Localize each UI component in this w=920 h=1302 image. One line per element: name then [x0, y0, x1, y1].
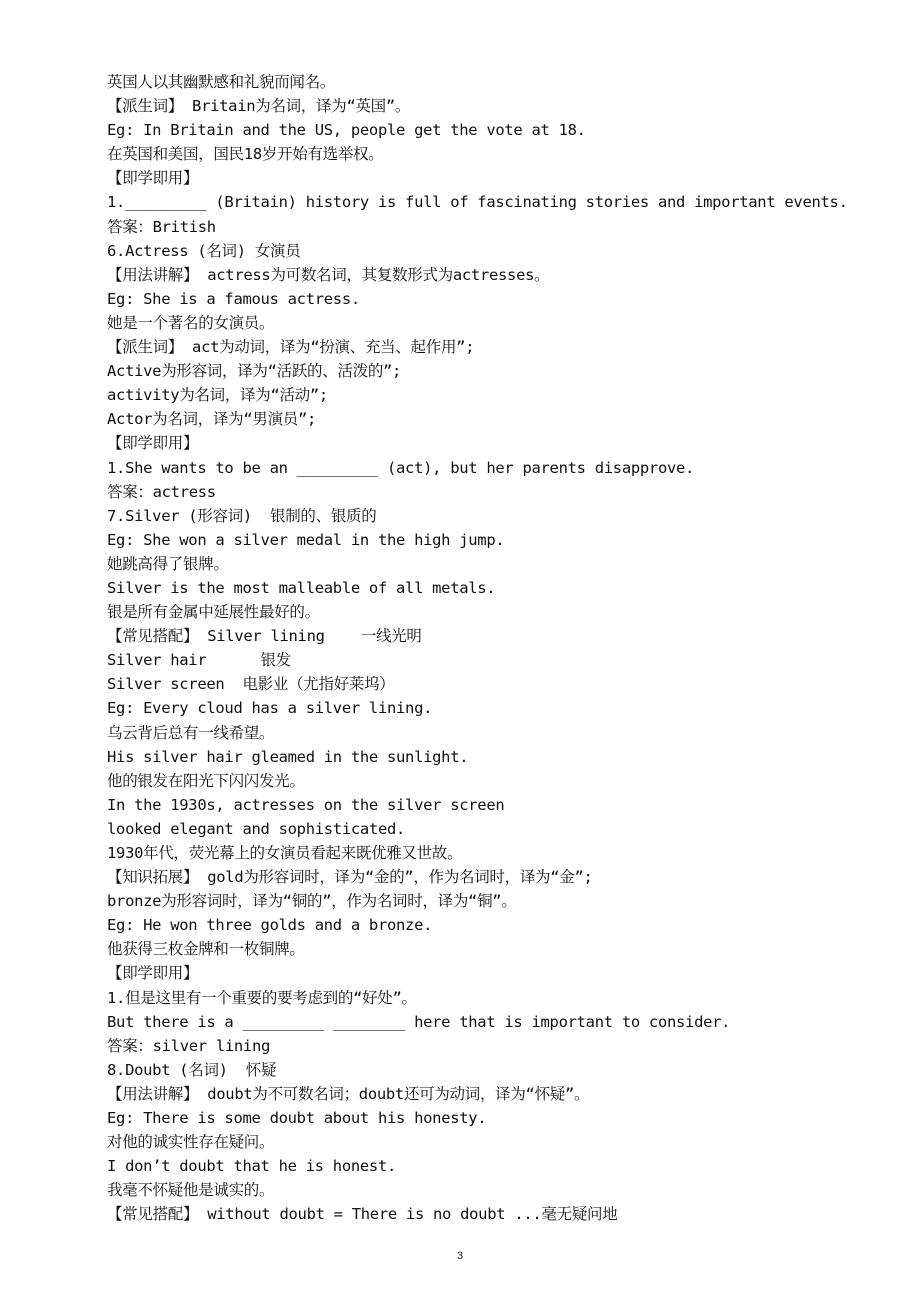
exercise-line: 1.She wants to be an _________ (act), bu… — [107, 456, 867, 480]
text-line: 英国人以其幽默感和礼貌而闻名。 — [107, 70, 867, 94]
vocab-entry-heading: 7.Silver (形容词) 银制的、银质的 — [107, 504, 867, 528]
section-heading: 【即学即用】 — [107, 961, 867, 985]
exercise-line: 1._________ (Britain) history is full of… — [107, 190, 867, 214]
text-line: 他的银发在阳光下闪闪发光。 — [107, 769, 867, 793]
text-line: Silver is the most malleable of all meta… — [107, 576, 867, 600]
text-line: Eg: He won three golds and a bronze. — [107, 913, 867, 937]
text-line: bronze为形容词时，译为“铜的”，作为名词时，译为“铜”。 — [107, 889, 867, 913]
text-line: Eg: She is a famous actress. — [107, 287, 867, 311]
text-line: activity为名词，译为“活动”; — [107, 383, 867, 407]
text-line: 银是所有金属中延展性最好的。 — [107, 600, 867, 624]
text-line: 她跳高得了银牌。 — [107, 552, 867, 576]
text-line: 【派生词】 Britain为名词，译为“英国”。 — [107, 94, 867, 118]
text-line: looked elegant and sophisticated. — [107, 817, 867, 841]
exercise-line: 1.但是这里有一个重要的要考虑到的“好处”。 — [107, 986, 867, 1010]
text-line: 他获得三枚金牌和一枚铜牌。 — [107, 937, 867, 961]
text-line: 【用法讲解】 doubt为不可数名词；doubt还可为动词，译为“怀疑”。 — [107, 1082, 867, 1106]
text-line: 【派生词】 act为动词，译为“扮演、充当、起作用”; — [107, 335, 867, 359]
text-line: 【知识拓展】 gold为形容词时，译为“金的”，作为名词时，译为“金”; — [107, 865, 867, 889]
section-heading: 【即学即用】 — [107, 166, 867, 190]
vocab-entry-heading: 8.Doubt (名词) 怀疑 — [107, 1058, 867, 1082]
section-heading: 【即学即用】 — [107, 431, 867, 455]
text-line: Eg: In Britain and the US, people get th… — [107, 118, 867, 142]
vocab-entry-heading: 6.Actress (名词) 女演员 — [107, 239, 867, 263]
text-line: 对他的诚实性存在疑问。 — [107, 1130, 867, 1154]
text-line: I don’t doubt that he is honest. — [107, 1154, 867, 1178]
text-line: 【用法讲解】 actress为可数名词，其复数形式为actresses。 — [107, 263, 867, 287]
text-line: 【常见搭配】 without doubt = There is no doubt… — [107, 1202, 867, 1226]
text-line: 1930年代，荧光幕上的女演员看起来既优雅又世故。 — [107, 841, 867, 865]
exercise-line: But there is a _________ ________ here t… — [107, 1010, 867, 1034]
page-number: 3 — [0, 1250, 920, 1262]
text-line: 她是一个著名的女演员。 — [107, 311, 867, 335]
text-line: Eg: She won a silver medal in the high j… — [107, 528, 867, 552]
text-line: Silver screen 电影业（尤指好莱坞） — [107, 672, 867, 696]
text-line: Actor为名词，译为“男演员”; — [107, 407, 867, 431]
text-line: 【常见搭配】 Silver lining 一线光明 — [107, 624, 867, 648]
text-line: His silver hair gleamed in the sunlight. — [107, 745, 867, 769]
text-line: Eg: Every cloud has a silver lining. — [107, 696, 867, 720]
text-line: 我毫不怀疑他是诚实的。 — [107, 1178, 867, 1202]
answer-line: 答案：actress — [107, 480, 867, 504]
document-page: 英国人以其幽默感和礼貌而闻名。 【派生词】 Britain为名词，译为“英国”。… — [107, 70, 867, 1227]
text-line: 乌云背后总有一线希望。 — [107, 721, 867, 745]
text-line: Silver hair 银发 — [107, 648, 867, 672]
text-line: Eg: There is some doubt about his honest… — [107, 1106, 867, 1130]
answer-line: 答案：British — [107, 215, 867, 239]
text-line: Active为形容词，译为“活跃的、活泼的”; — [107, 359, 867, 383]
text-line: 在英国和美国，国民18岁开始有选举权。 — [107, 142, 867, 166]
answer-line: 答案：silver lining — [107, 1034, 867, 1058]
text-line: In the 1930s, actresses on the silver sc… — [107, 793, 867, 817]
